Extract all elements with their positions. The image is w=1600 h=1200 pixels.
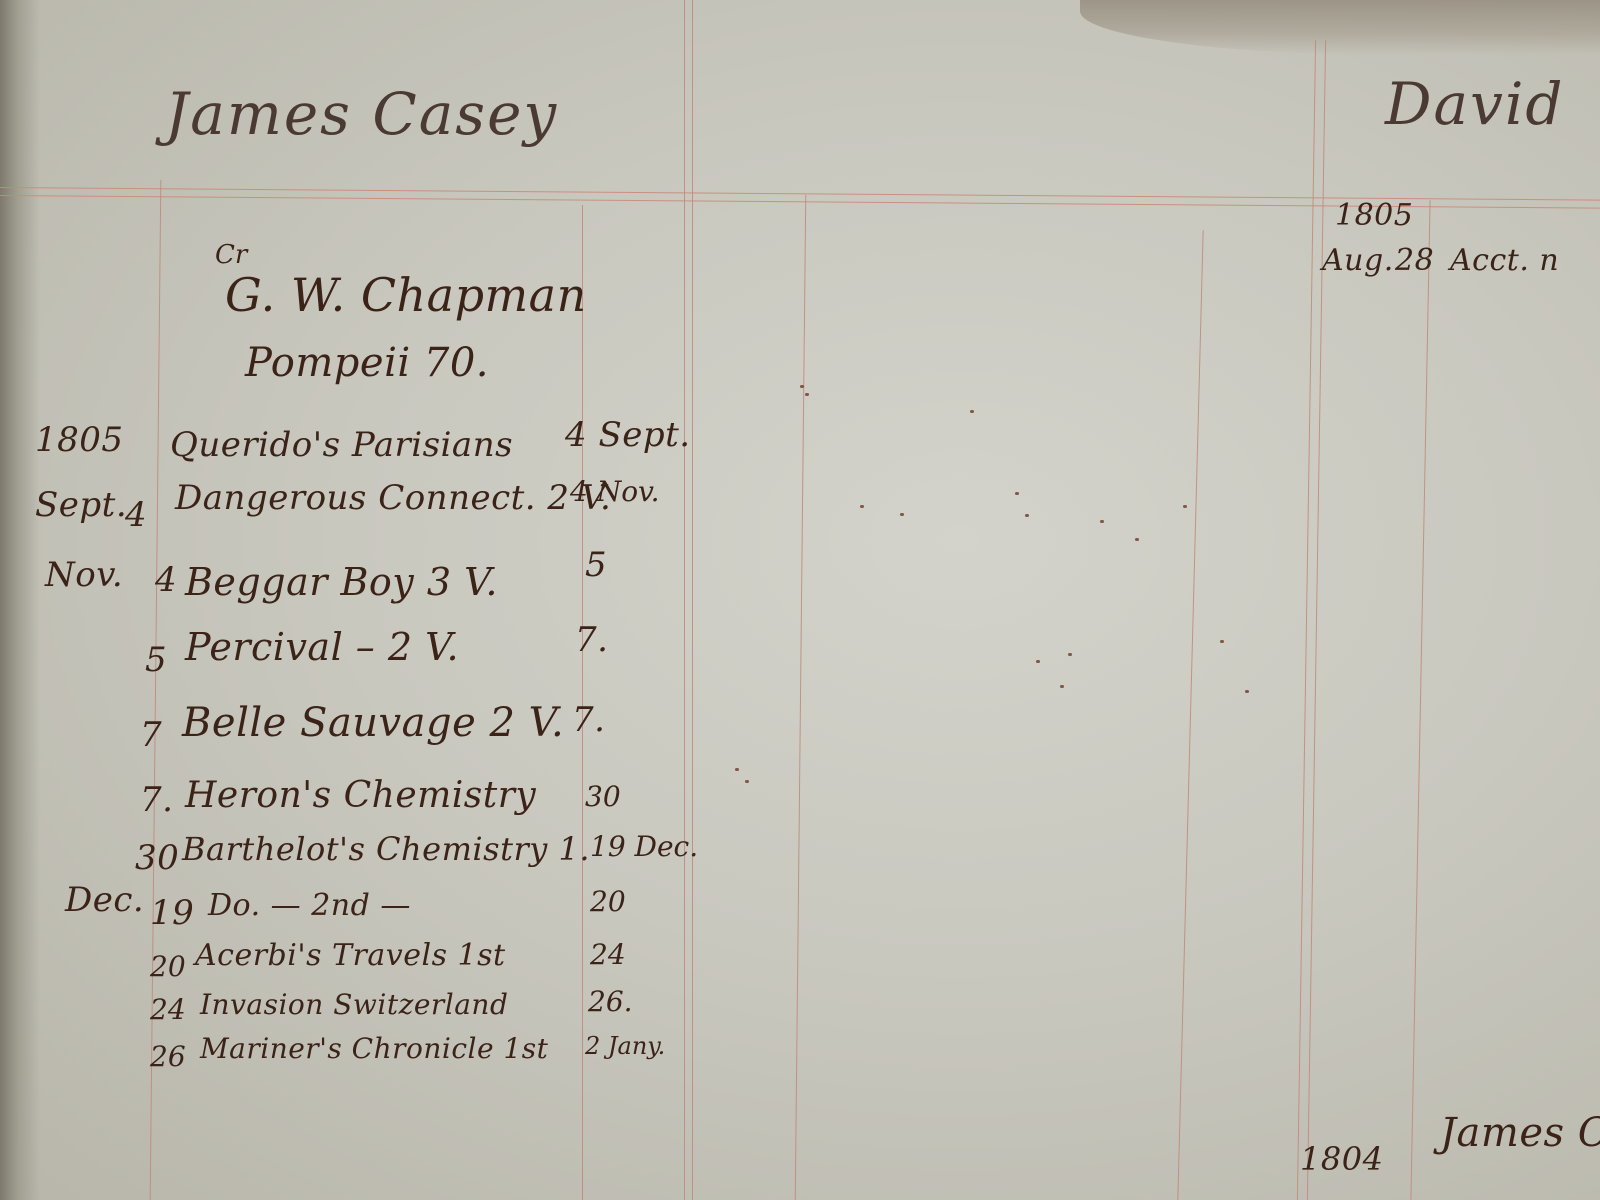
entry-day: 4 bbox=[125, 495, 147, 535]
entry-due: 2 Jany. bbox=[585, 1032, 665, 1060]
entry-title: Barthelot's Chemistry 1. bbox=[182, 830, 590, 868]
entry-day: 24 bbox=[150, 993, 186, 1026]
right-account-heading: David bbox=[1385, 70, 1565, 138]
ledger-page: James Casey Cr G. W. Chapman Pompeii 70.… bbox=[0, 0, 1600, 1200]
middle-column-rule-2 bbox=[1177, 230, 1203, 1200]
entry-day: 4 bbox=[155, 560, 177, 600]
entry-title: Mariner's Chronicle 1st bbox=[200, 1032, 548, 1065]
page-divider-rule-b bbox=[692, 0, 693, 1200]
entry-due: 26. bbox=[588, 985, 633, 1018]
entry-due: 19 Dec. bbox=[590, 830, 698, 863]
entry-day: 19 bbox=[150, 893, 194, 933]
right-divider-rule-a bbox=[1297, 40, 1316, 1200]
account-subheading: Pompeii 70. bbox=[245, 340, 489, 386]
entry-title: Heron's Chemistry bbox=[185, 775, 536, 816]
entry-title: Belle Sauvage 2 V. bbox=[182, 700, 564, 746]
right-entry-day: 28 bbox=[1395, 243, 1434, 278]
entry-day: 30 bbox=[135, 838, 179, 878]
entry-title: Acerbi's Travels 1st bbox=[195, 938, 506, 973]
counterparty-name: G. W. Chapman bbox=[225, 268, 587, 322]
counterparty-prefix: Cr bbox=[215, 240, 247, 270]
entry-due: 7. bbox=[572, 700, 605, 740]
entry-title: Querido's Parisians bbox=[170, 425, 513, 465]
entry-year: 1805 bbox=[35, 420, 124, 460]
entry-due: 4 Sept. bbox=[565, 415, 691, 455]
right-bottom-year: 1804 bbox=[1300, 1140, 1383, 1178]
entry-title: Percival – 2 V. bbox=[185, 625, 459, 669]
entry-month: Sept. bbox=[35, 485, 127, 525]
entry-day: 7. bbox=[140, 780, 173, 820]
right-divider-rule-b bbox=[1307, 40, 1326, 1200]
water-stain bbox=[1080, 0, 1600, 55]
entry-title: Do. — 2nd — bbox=[208, 888, 411, 923]
right-entry-title: Acct. n bbox=[1450, 243, 1559, 278]
entry-due: 24 bbox=[590, 938, 626, 971]
page-divider-rule-a bbox=[684, 0, 685, 1200]
entry-due: 7. bbox=[575, 620, 608, 660]
entry-title: Invasion Switzerland bbox=[200, 988, 508, 1021]
middle-column-rule bbox=[795, 195, 807, 1200]
entry-due: 20 bbox=[590, 885, 626, 918]
entry-day: 26 bbox=[150, 1040, 186, 1073]
entry-month: Nov. bbox=[45, 555, 123, 595]
entry-due: 4 Nov. bbox=[570, 475, 659, 508]
entry-title: Dangerous Connect. 2 V. bbox=[175, 478, 611, 518]
account-heading: James Casey bbox=[165, 80, 558, 148]
right-entry-month: Aug. bbox=[1322, 243, 1394, 278]
right-entry-year: 1805 bbox=[1335, 198, 1413, 233]
entry-day: 20 bbox=[150, 950, 186, 983]
right-bottom-name: James C bbox=[1440, 1110, 1600, 1156]
entry-due: 30 bbox=[585, 780, 621, 813]
entry-day: 7 bbox=[140, 715, 162, 755]
entry-due: 5 bbox=[585, 545, 607, 585]
right-date-column-rule bbox=[1410, 200, 1430, 1200]
entry-month: Dec. bbox=[65, 880, 144, 920]
entry-day: 5 bbox=[145, 640, 167, 680]
entry-title: Beggar Boy 3 V. bbox=[185, 560, 498, 604]
binding-gutter-shadow bbox=[0, 0, 40, 1200]
